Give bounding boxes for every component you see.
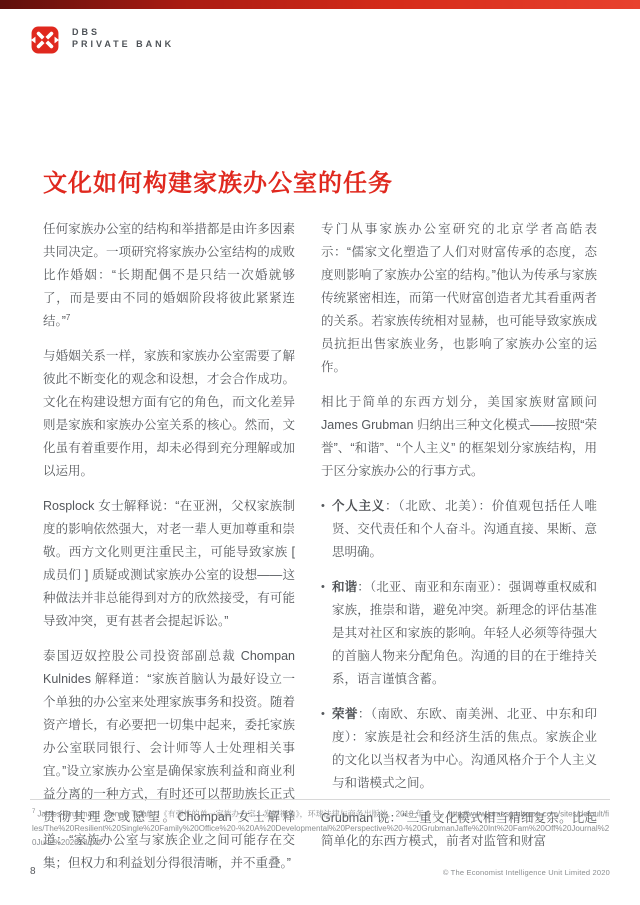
culture-models-list: • 个人主义：（北欧、北美）：价值观包括任人唯贤、交代责任和个人奋斗。沟通直接、… (321, 495, 597, 795)
right-column: 专门从事家族办公室研究的北京学者高皓表示：“儒家文化塑造了人们对财富传承的态度，… (321, 218, 597, 887)
paragraph: Rosplock 女士解释说：“在亚洲，父权家族制度的影响依然强大，对老一辈人更… (43, 495, 295, 633)
article-body: 任何家族办公室的结构和举措都是由许多因素共同决定。一项研究将家族办公室结构的成败… (43, 218, 597, 887)
paragraph-text: 任何家族办公室的结构和举措都是由许多因素共同决定。一项研究将家族办公室结构的成败… (43, 222, 295, 328)
paragraph: 相比于简单的东西方划分，美国家族财富顾问 James Grubman 归纳出三种… (321, 391, 597, 483)
bullet-icon: • (321, 576, 332, 691)
bullet-icon: • (321, 495, 332, 564)
list-item-text: 和谐：（北亚、南亚和东南亚）：强调尊重权威和家族，推崇和谐，避免冲突。新理念的评… (332, 576, 597, 691)
list-item-label: 个人主义 (332, 499, 385, 513)
top-accent-bar (0, 0, 640, 9)
list-item-label: 和谐 (332, 580, 357, 594)
paragraph: 与婚姻关系一样，家族和家族办公室需要了解彼此不断变化的观念和设想，才会合作成功。… (43, 345, 295, 483)
brand-wordmark: DBS PRIVATE BANK (72, 26, 174, 49)
copyright-notice: © The Economist Intelligence Unit Limite… (443, 868, 610, 877)
list-item: • 和谐：（北亚、南亚和东南亚）：强调尊重权威和家族，推崇和谐，避免冲突。新理念… (321, 576, 597, 691)
document-page: DBS PRIVATE BANK 文化如何构建家族办公室的任务 任何家族办公室的… (0, 0, 640, 905)
footnote-reference-marker: 7 (66, 313, 70, 322)
list-item-text: 个人主义：（北欧、北美）：价值观包括任人唯贤、交代责任和个人奋斗。沟通直接、果断… (332, 495, 597, 564)
footnote-divider (30, 799, 610, 800)
list-item: • 荣誉：（南欧、东欧、南美洲、北亚、中东和印度）：家族是社会和经济生活的焦点。… (321, 703, 597, 795)
footnote-text: James Grubman、Dennis T Jaffe，《有弹性的单一家族办公… (32, 810, 609, 847)
page-number: 8 (30, 866, 36, 877)
left-column: 任何家族办公室的结构和举措都是由许多因素共同决定。一项研究将家族办公室结构的成败… (43, 218, 295, 887)
list-item-text: 荣誉：（南欧、东欧、南美洲、北亚、中东和印度）：家族是社会和经济生活的焦点。家族… (332, 703, 597, 795)
footnote: 7James Grubman、Dennis T Jaffe，《有弹性的单一家族办… (32, 805, 610, 850)
bullet-icon: • (321, 703, 332, 795)
list-item: • 个人主义：（北欧、北美）：价值观包括任人唯贤、交代责任和个人奋斗。沟通直接、… (321, 495, 597, 564)
page-title: 文化如何构建家族办公室的任务 (43, 163, 393, 198)
paragraph: 专门从事家族办公室研究的北京学者高皓表示：“儒家文化塑造了人们对财富传承的态度，… (321, 218, 597, 379)
brand-line-1: DBS (72, 28, 174, 37)
dbs-logo-icon (31, 26, 59, 54)
paragraph: 任何家族办公室的结构和举措都是由许多因素共同决定。一项研究将家族办公室结构的成败… (43, 218, 295, 333)
brand-header: DBS PRIVATE BANK (31, 26, 174, 54)
footnote-marker: 7 (32, 809, 35, 815)
brand-line-2: PRIVATE BANK (72, 40, 174, 49)
page-footer: 8 © The Economist Intelligence Unit Limi… (30, 866, 610, 877)
list-item-label: 荣誉 (332, 707, 358, 721)
